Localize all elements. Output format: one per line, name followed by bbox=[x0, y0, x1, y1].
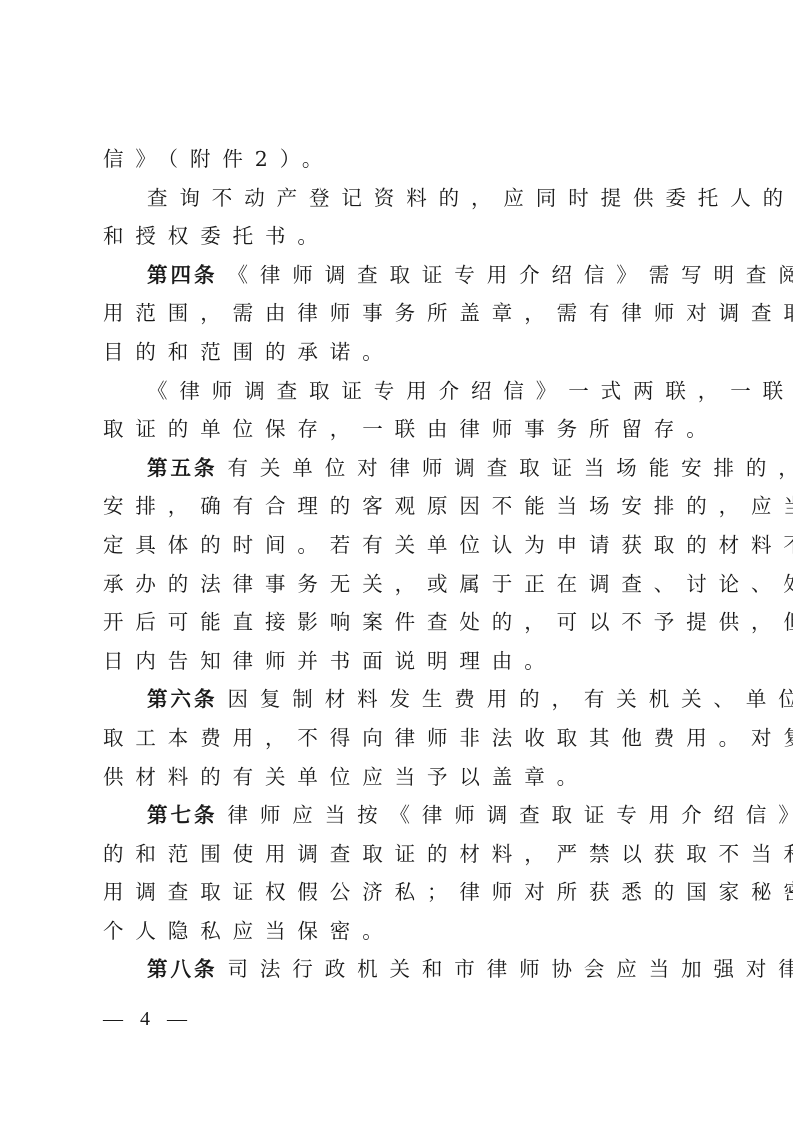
text-line: 开后可能直接影响案件查处的，可以不予提供，但须在3个工作 bbox=[103, 603, 693, 642]
line-text: 信》（附件2）。 bbox=[103, 147, 334, 171]
line-text: 承办的法律事务无关，或属于正在调查、讨论、处理过程中，公 bbox=[103, 572, 793, 596]
text-line: 的和范围使用调查取证的材料，严禁以获取不当利益为目的，滥 bbox=[103, 835, 693, 874]
text-line: 用范围，需由律师事务所盖章，需有律师对调查取证内容的使用 bbox=[103, 294, 693, 333]
line-text: 供材料的有关单位应当予以盖章。 bbox=[103, 765, 589, 789]
line-text: 目的和范围的承诺。 bbox=[103, 340, 395, 364]
page-number: — 4 — bbox=[103, 1008, 193, 1031]
line-text: 用范围，需由律师事务所盖章，需有律师对调查取证内容的使用 bbox=[103, 301, 793, 325]
line-text: 《律师调查取证专用介绍信》需写明查阅项目及使 bbox=[228, 263, 793, 287]
article-number: 第七条 bbox=[147, 803, 218, 827]
text-line: 取证的单位保存，一联由律师事务所留存。 bbox=[103, 410, 693, 449]
article-heading-line: 第七条律师应当按《律师调查取证专用介绍信》载明的目 bbox=[103, 796, 693, 835]
text-line: 目的和范围的承诺。 bbox=[103, 333, 693, 372]
line-text: 取工本费用，不得向律师非法收取其他费用。对复制的材料，提 bbox=[103, 726, 793, 750]
line-text: 开后可能直接影响案件查处的，可以不予提供，但须在3个工作 bbox=[103, 610, 793, 634]
article-heading-line: 第六条因复制材料发生费用的，有关机关、单位只依法收 bbox=[103, 680, 693, 719]
text-line: 《律师调查取证专用介绍信》一式两联，一联交由配合调查 bbox=[103, 372, 693, 411]
line-text: 《律师调查取证专用介绍信》一式两联，一联交由配合调查 bbox=[147, 379, 793, 403]
line-text: 日内告知律师并书面说明理由。 bbox=[103, 649, 557, 673]
article-heading-line: 第五条有关单位对律师调查取证当场能安排的，应当及时 bbox=[103, 449, 693, 488]
text-line: 日内告知律师并书面说明理由。 bbox=[103, 642, 693, 681]
text-line: 定具体的时间。若有关单位认为申请获取的材料不存在或与律师 bbox=[103, 526, 693, 565]
line-text: 取证的单位保存，一联由律师事务所留存。 bbox=[103, 417, 719, 441]
text-line: 和授权委托书。 bbox=[103, 217, 693, 256]
line-text: 的和范围使用调查取证的材料，严禁以获取不当利益为目的，滥 bbox=[103, 842, 793, 866]
line-text: 个人隐私应当保密。 bbox=[103, 919, 395, 943]
article-number: 第八条 bbox=[147, 957, 218, 981]
text-line: 安排，确有合理的客观原因不能当场安排的，应当说明理由并约 bbox=[103, 487, 693, 526]
line-text: 安排，确有合理的客观原因不能当场安排的，应当说明理由并约 bbox=[103, 494, 793, 518]
line-text: 司法行政机关和市律师协会应当加强对律师队伍 bbox=[228, 957, 793, 981]
article-number: 第四条 bbox=[147, 263, 218, 287]
line-text: 和授权委托书。 bbox=[103, 224, 330, 248]
line-text: 有关单位对律师调查取证当场能安排的，应当及时 bbox=[228, 456, 793, 480]
text-line: 个人隐私应当保密。 bbox=[103, 912, 693, 951]
article-heading-line: 第四条《律师调查取证专用介绍信》需写明查阅项目及使 bbox=[103, 256, 693, 295]
text-line: 用调查取证权假公济私；律师对所获悉的国家秘密、商业秘密及 bbox=[103, 873, 693, 912]
line-text: 用调查取证权假公济私；律师对所获悉的国家秘密、商业秘密及 bbox=[103, 880, 793, 904]
article-heading-line: 第八条司法行政机关和市律师协会应当加强对律师队伍 bbox=[103, 950, 693, 989]
line-text: 定具体的时间。若有关单位认为申请获取的材料不存在或与律师 bbox=[103, 533, 793, 557]
text-line: 供材料的有关单位应当予以盖章。 bbox=[103, 758, 693, 797]
line-text: 因复制材料发生费用的，有关机关、单位只依法收 bbox=[228, 687, 793, 711]
article-number: 第五条 bbox=[147, 456, 218, 480]
text-line: 查询不动产登记资料的，应同时提供委托人的身份证明原件 bbox=[103, 179, 693, 218]
text-line: 信》（附件2）。 bbox=[103, 140, 693, 179]
text-line: 承办的法律事务无关，或属于正在调查、讨论、处理过程中，公 bbox=[103, 565, 693, 604]
line-text: 查询不动产登记资料的，应同时提供委托人的身份证明原件 bbox=[147, 186, 793, 210]
line-text: 律师应当按《律师调查取证专用介绍信》载明的目 bbox=[228, 803, 793, 827]
text-line: 取工本费用，不得向律师非法收取其他费用。对复制的材料，提 bbox=[103, 719, 693, 758]
article-number: 第六条 bbox=[147, 687, 218, 711]
document-body: 信》（附件2）。查询不动产登记资料的，应同时提供委托人的身份证明原件和授权委托书… bbox=[103, 140, 693, 989]
